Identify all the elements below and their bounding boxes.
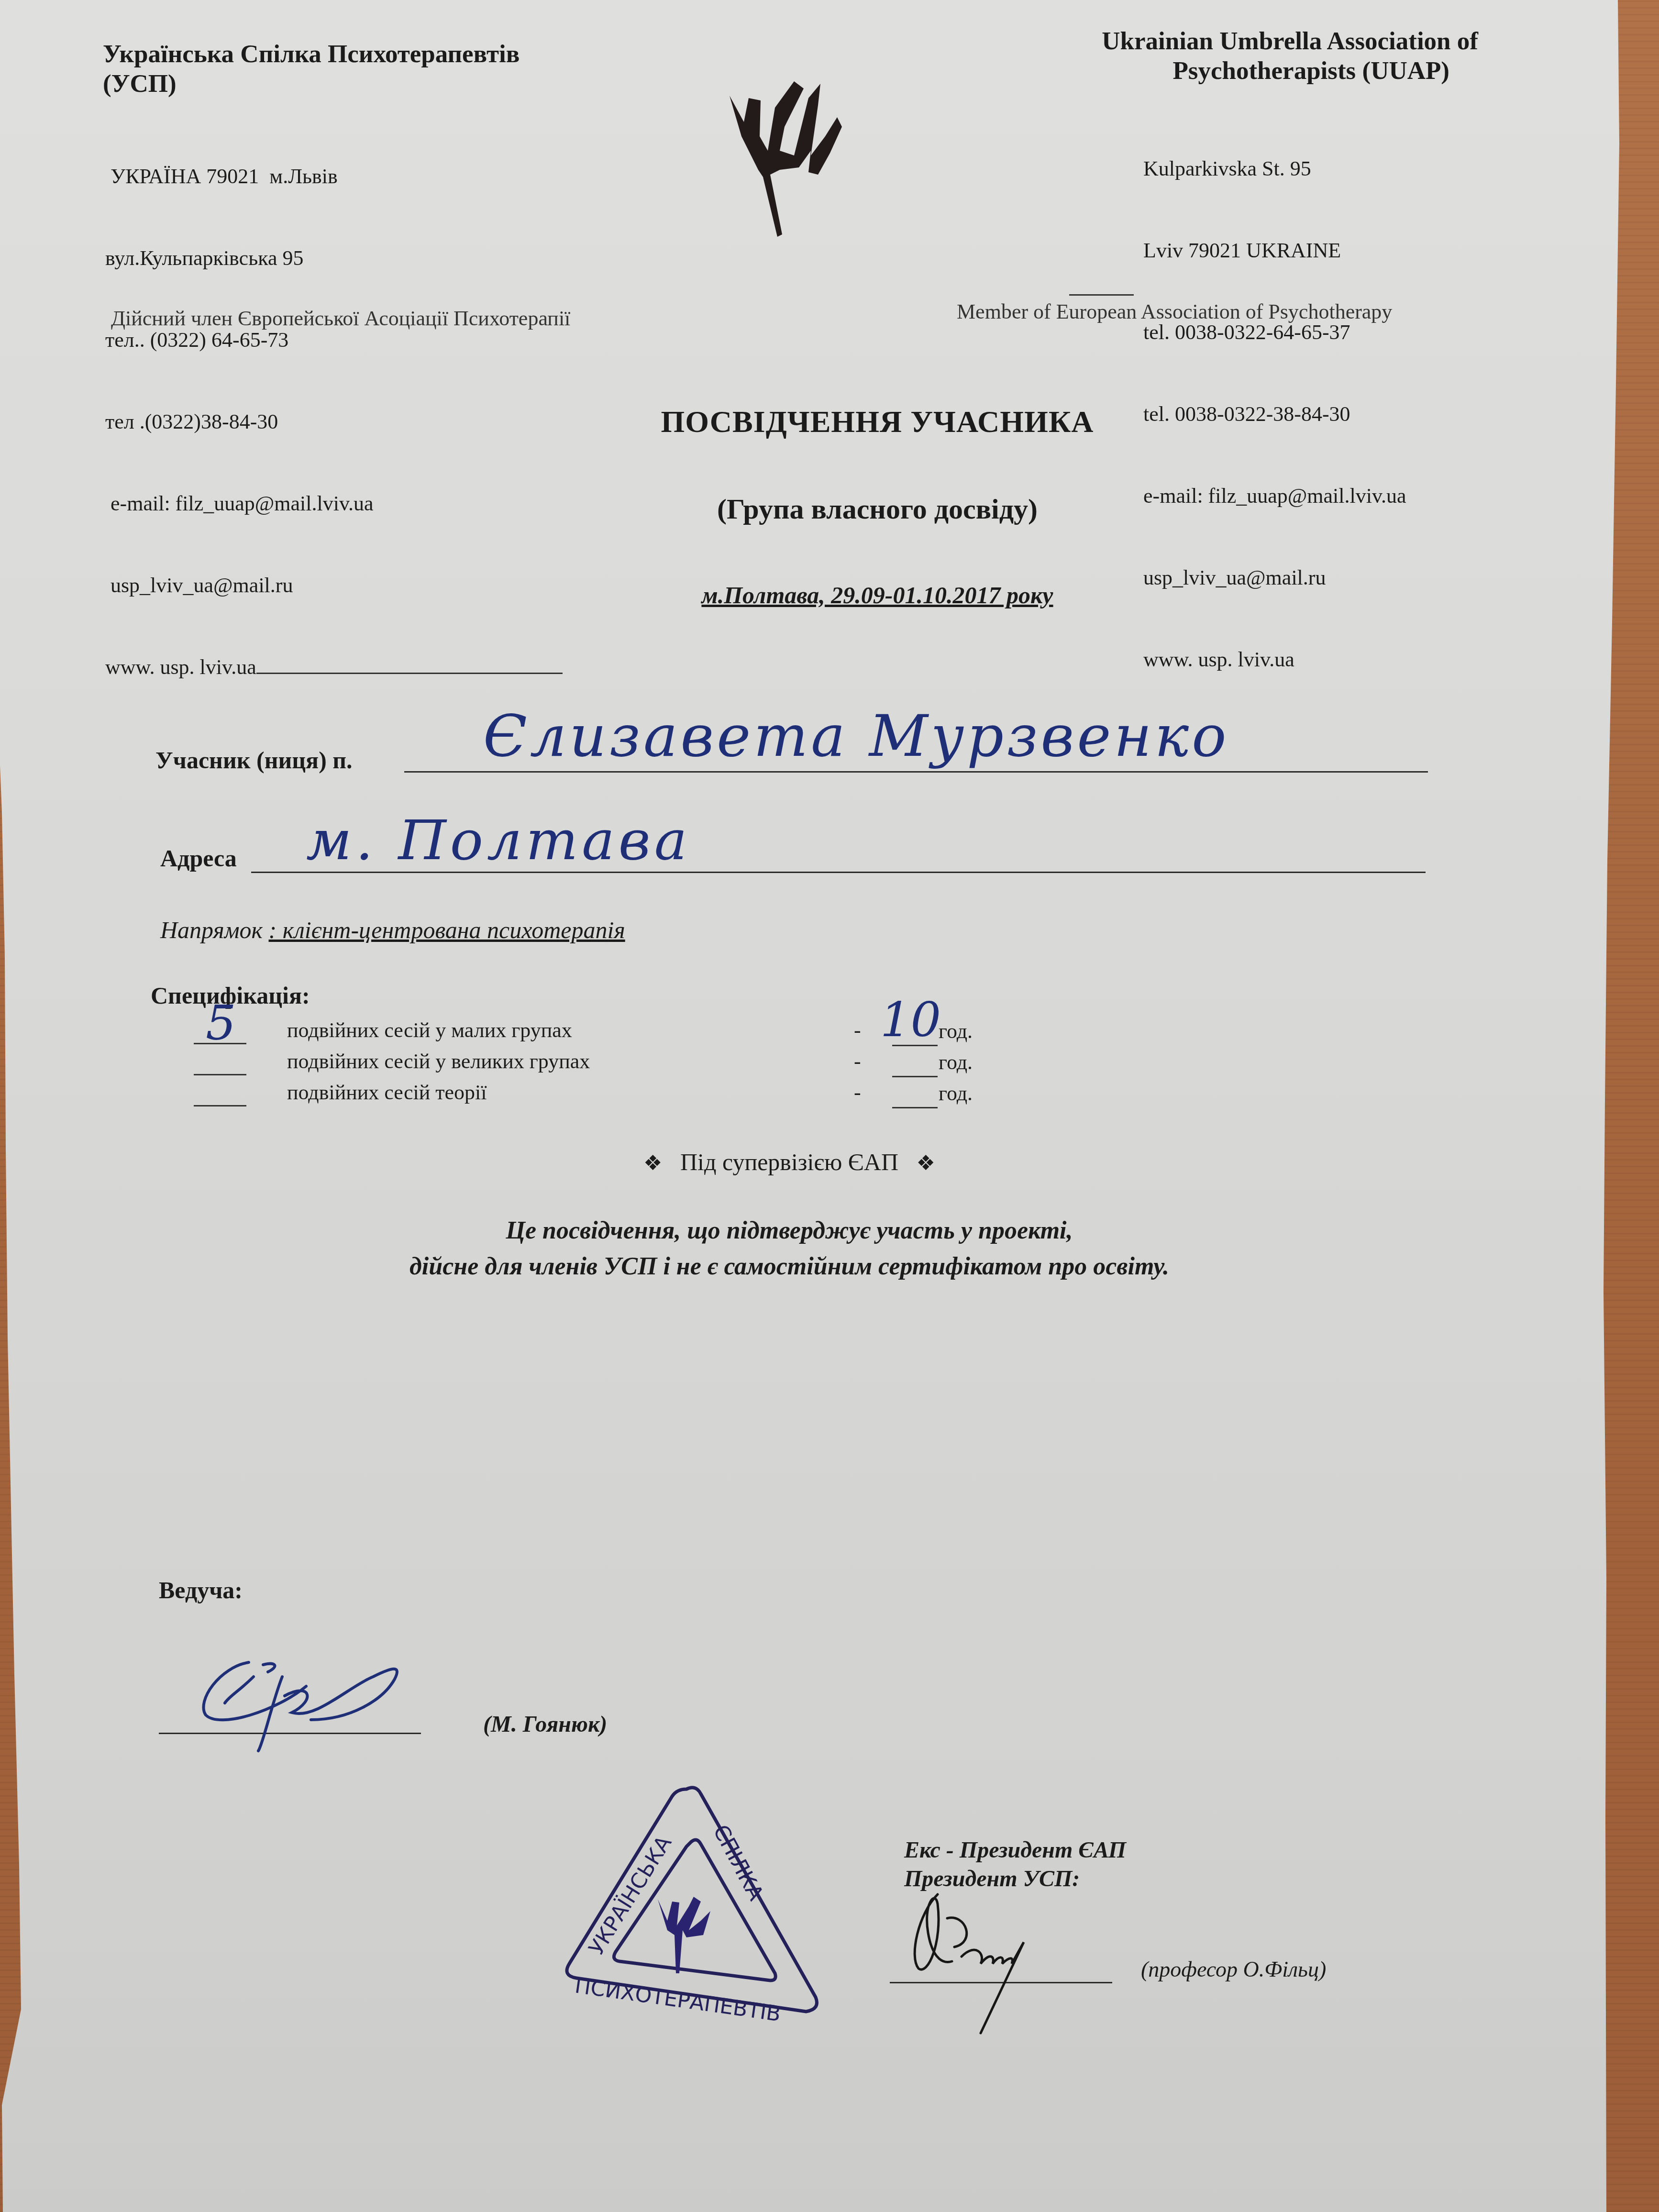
hours-handwritten: 10	[880, 992, 941, 1048]
notice-line-1: Це посвідчення, що підтверджує участь у …	[0, 1213, 1579, 1249]
website-line: www. usp. lviv.ua	[105, 653, 563, 681]
notice-text: Це посвідчення, що підтверджує участь у …	[0, 1213, 1579, 1284]
session-description: подвійних сесій у малих групах	[287, 1018, 572, 1042]
org-abbr-ua: (УСП)	[103, 69, 520, 99]
address-handwritten: м. Полтава	[306, 808, 691, 873]
supervision-text: Під супервізією ЄАП	[680, 1149, 898, 1175]
header-rule	[1069, 294, 1134, 296]
stamp-text-right: СПІЛКА	[708, 1821, 768, 1904]
participant-name-handwritten: Єлизавета Мурзвенко	[483, 703, 1229, 770]
session-count-handwritten: 5	[206, 995, 236, 1051]
org-name-ua: Українська Спілка Психотерапевтів	[103, 39, 520, 69]
count-underline	[194, 1105, 246, 1106]
direction-value: : клієнт-центрована психотерапія	[269, 917, 625, 943]
president-name: (професор О.Фільц)	[1141, 1957, 1326, 1982]
address-line: Lviv 79021 UKRAINE	[1143, 237, 1406, 264]
president-title-line-1: Екс - Президент ЄАП	[904, 1836, 1126, 1865]
header-left-org-name: Українська Спілка Психотерапевтів (УСП)	[103, 39, 520, 99]
header-right-org-name: Ukrainian Umbrella Association of Psycho…	[909, 26, 1478, 86]
address-label: Адреса	[160, 844, 237, 872]
dash: -	[854, 1018, 861, 1042]
certificate-page: Українська Спілка Психотерапевтів (УСП) …	[0, 0, 1659, 2212]
session-description: подвійних сесій теорії	[287, 1080, 487, 1105]
membership-en: Member of European Association of Psycho…	[957, 299, 1392, 324]
stamp-icon: УКРАЇНСЬКА СПІЛКА ПСИХОТЕРАПЕВТІВ	[557, 1777, 825, 2026]
diamond-bullet-icon: ❖	[643, 1151, 662, 1175]
spec-row-theory: подвійних сесій теорії - год.	[0, 1080, 1579, 1114]
hours-unit: год.	[939, 1050, 973, 1074]
direction-label: Напрямок	[160, 917, 263, 943]
org-abbr-en: Psychotherapists (UUAP)	[909, 56, 1478, 86]
spec-row-large-groups: подвійних сесій у великих групах - год.	[0, 1049, 1579, 1083]
usp-logo-icon	[722, 79, 856, 242]
signature-icon	[909, 1885, 1091, 2038]
address-line: Kulparkivska St. 95	[1143, 155, 1406, 182]
facilitator-name: (М. Гоянюк)	[483, 1711, 607, 1737]
participant-label: Учасник (ниця) п.	[155, 746, 353, 774]
supervision-line: ❖ Під супервізією ЄАП ❖	[0, 1148, 1579, 1176]
document-subtitle: (Група власного досвіду)	[0, 493, 1659, 526]
participant-underline	[404, 771, 1428, 773]
header-rule	[256, 673, 563, 674]
address-line: УКРАЇНА 79021 м.Львів	[105, 163, 563, 190]
hours-underline	[892, 1076, 938, 1077]
spec-row-small-groups: 5 подвійних сесій у малих групах - 10 го…	[0, 1018, 1579, 1051]
stamp-text-left: УКРАЇНСЬКА	[584, 1831, 676, 1959]
address-line: вул.Кульпарківська 95	[105, 244, 563, 272]
count-underline	[194, 1074, 246, 1075]
facilitator-label: Ведуча:	[159, 1576, 243, 1604]
direction-line: Напрямок : клієнт-центрована психотерапі…	[160, 916, 625, 944]
website-text: www. usp. lviv.ua	[105, 655, 256, 679]
hours-unit: год.	[939, 1081, 973, 1106]
website-line: www. usp. lviv.ua	[1143, 646, 1406, 673]
org-name-en: Ukrainian Umbrella Association of	[909, 26, 1478, 56]
diamond-bullet-icon: ❖	[917, 1151, 935, 1175]
stamp-text-bottom: ПСИХОТЕРАПЕВТІВ	[573, 1973, 782, 2026]
hours-unit: год.	[939, 1019, 973, 1043]
notice-line-2: дійсне для членів УСП і не є самостійним…	[0, 1249, 1579, 1284]
membership-ua: Дійсний член Європейської Асоціації Псих…	[111, 306, 570, 331]
dash: -	[854, 1049, 861, 1073]
hours-underline	[892, 1107, 938, 1108]
document-title: ПОСВІДЧЕННЯ УЧАСНИКА	[0, 404, 1659, 440]
event-place-date: м.Полтава, 29.09-01.10.2017 року	[0, 581, 1659, 609]
dash: -	[854, 1080, 861, 1105]
signature-icon	[191, 1658, 459, 1758]
session-description: подвійних сесій у великих групах	[287, 1049, 590, 1073]
